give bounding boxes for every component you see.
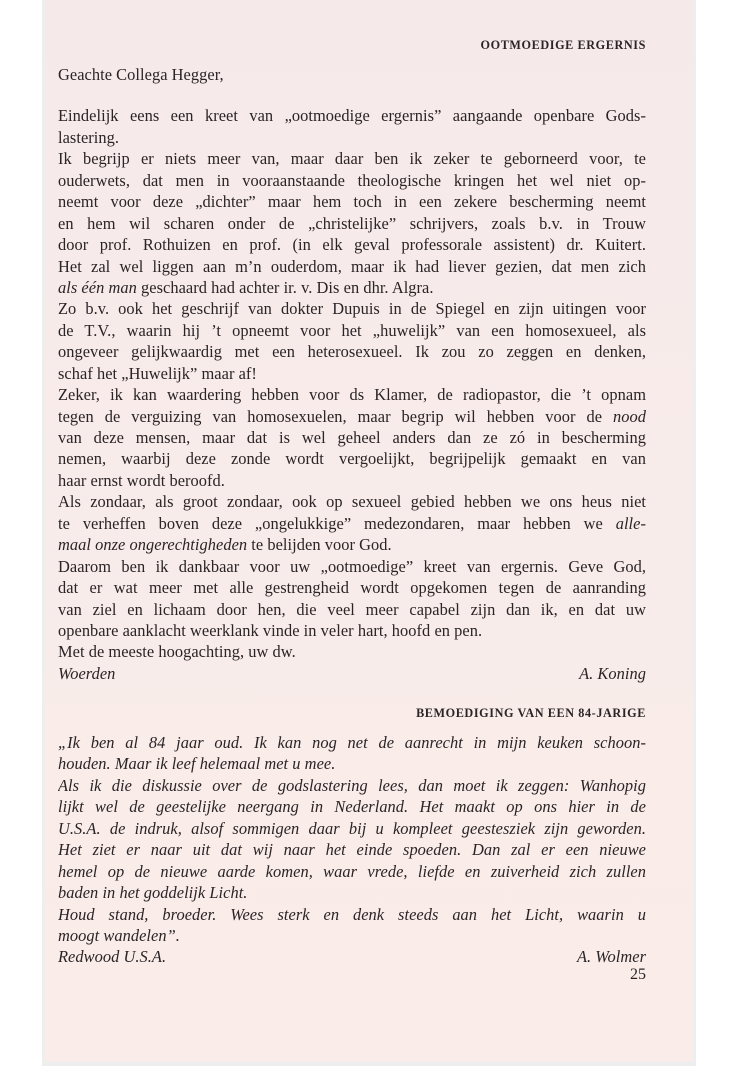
emphasis-text: maal onze ongerechtigheden: [58, 535, 247, 554]
signature-line: Redwood U.S.A. A. Wolmer: [58, 946, 646, 967]
body-line: de T.V., waarin hij ’t opneemt voor het …: [58, 320, 646, 341]
body-text: te verheffen boven deze „ongelukkige” me…: [58, 514, 616, 533]
body-line: Zo b.v. ook het geschrijf van dokter Dup…: [58, 298, 646, 319]
body-line: U.S.A. de indruk, alsof sommigen daar bi…: [58, 818, 646, 839]
body-line: te verheffen boven deze „ongelukkige” me…: [58, 513, 646, 534]
article-heading-bemoediging: BEMOEDIGING VAN EEN 84-JARIGE: [416, 706, 646, 721]
page-number: 25: [630, 966, 646, 984]
body-text: tegen de verguizing van homosexuelen, ma…: [58, 407, 613, 426]
body-line: openbare aanklacht weerklank vinde in ve…: [58, 620, 646, 641]
emphasis-text: nood: [613, 407, 646, 426]
body-line: Het ziet er naar uit dat wij naar het ei…: [58, 839, 646, 860]
signature-author: A. Koning: [579, 663, 646, 684]
body-text: geschaard had achter ir. v. Dis en dhr. …: [137, 278, 434, 297]
article-heading-ootmoedige-ergernis: OOTMOEDIGE ERGERNIS: [481, 38, 646, 53]
body-line: nemen, waarbij deze zonde wordt vergoeli…: [58, 448, 646, 469]
body-line: en hem wil scharen onder de „christelijk…: [58, 213, 646, 234]
body-line: door prof. Rothuizen en prof. (in elk ge…: [58, 234, 646, 255]
body-line: als één man geschaard had achter ir. v. …: [58, 277, 646, 298]
body-line: Het zal wel liggen aan m’n ouderdom, maa…: [58, 256, 646, 277]
body-line: ouderwets, dat men in vooraanstaande the…: [58, 170, 646, 191]
body-line: baden in het goddelijk Licht.: [58, 882, 646, 903]
body-line: maal onze ongerechtigheden te belijden v…: [58, 534, 646, 555]
emphasis-text: als één man: [58, 278, 137, 297]
body-line: ongeveer gelijkwaardig met een heterosex…: [58, 341, 646, 362]
body-line: van ziel en lichaam door hen, die veel m…: [58, 599, 646, 620]
body-text: te belijden voor God.: [247, 535, 392, 554]
signature-place: Redwood U.S.A.: [58, 946, 166, 967]
closing-line: Met de meeste hoogachting, uw dw.: [58, 641, 646, 662]
body-line: schaf het „Huwelijk” maar af!: [58, 363, 646, 384]
signature-place: Woerden: [58, 663, 115, 684]
body-line: hemel op de nieuwe aarde komen, waar vre…: [58, 861, 646, 882]
body-line: dat er wat meer met alle gestrengheid wo…: [58, 577, 646, 598]
body-line: houden. Maar ik leef helemaal met u mee.: [58, 753, 646, 774]
body-line: lijkt wel de geestelijke neergang in Ned…: [58, 796, 646, 817]
body-line: Als zondaar, als groot zondaar, ook op s…: [58, 491, 646, 512]
body-line: Als ik die diskussie over de godslasteri…: [58, 775, 646, 796]
body-line: moogt wandelen”.: [58, 925, 646, 946]
body-line: Houd stand, broeder. Wees sterk en denk …: [58, 904, 646, 925]
body-line: Daarom ben ik dankbaar voor uw „ootmoedi…: [58, 556, 646, 577]
body-line: van deze mensen, maar dat is wel geheel …: [58, 427, 646, 448]
signature-line: Woerden A. Koning: [58, 663, 646, 684]
body-line: haar ernst wordt beroofd.: [58, 470, 646, 491]
body-line: neemt voor deze „dichter” maar hem toch …: [58, 191, 646, 212]
letter-bemoediging: „Ik ben al 84 jaar oud. Ik kan nog net d…: [58, 732, 646, 968]
emphasis-text: alle-: [616, 514, 646, 533]
body-line: „Ik ben al 84 jaar oud. Ik kan nog net d…: [58, 732, 646, 753]
salutation: Geachte Collega Hegger,: [58, 64, 646, 85]
signature-author: A. Wolmer: [577, 946, 646, 967]
body-line: tegen de verguizing van homosexuelen, ma…: [58, 406, 646, 427]
letter-ootmoedige-ergernis: Geachte Collega Hegger, Eindelijk eens e…: [58, 64, 646, 684]
body-line: lastering.: [58, 127, 646, 148]
body-line: Zeker, ik kan waardering hebben voor ds …: [58, 384, 646, 405]
blank-line: [58, 85, 646, 105]
body-line: Eindelijk eens een kreet van „ootmoedige…: [58, 105, 646, 126]
body-line: Ik begrijp er niets meer van, maar daar …: [58, 148, 646, 169]
